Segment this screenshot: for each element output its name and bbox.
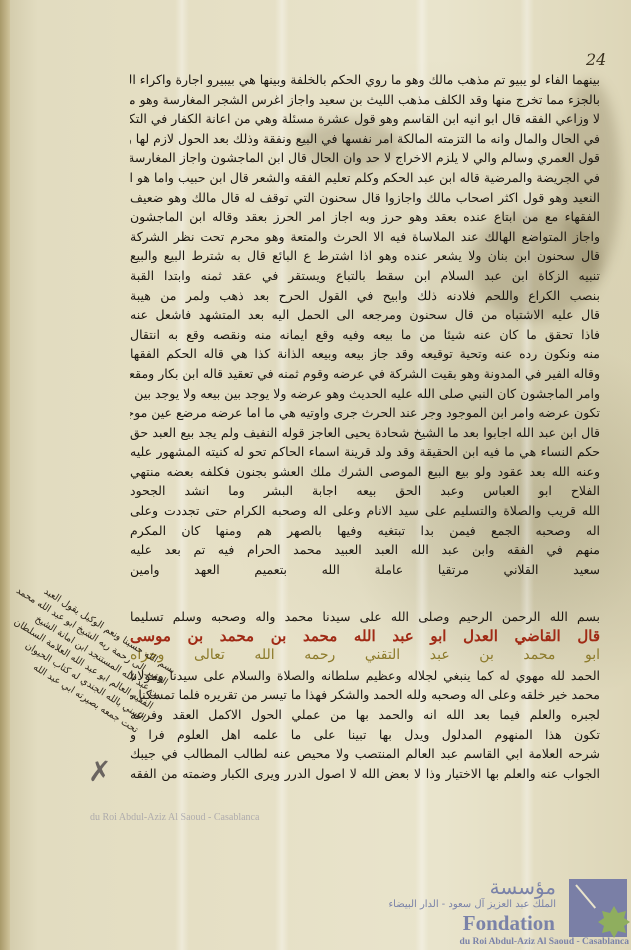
text-line: محمد خير خلقه وعلى اله وصحبه ولله الحمد … bbox=[130, 685, 600, 705]
text-line: قال عليه الاشتباه من قال سحنون ومرجعه ال… bbox=[130, 305, 600, 325]
foundation-logo: مؤسسة الملك عبد العزيز آل سعود - الدار ا… bbox=[455, 875, 631, 950]
basmala-line: بسم الله الرحمن الرحيم وصلى الله على سيد… bbox=[130, 607, 600, 627]
logo-star-icon bbox=[597, 905, 631, 939]
text-line: وقاله الفير في المدونة وهو بقيت الشركة ف… bbox=[130, 364, 600, 384]
text-line: وعنه الله بعد عقود ولو بيع البيع الموصى … bbox=[130, 462, 600, 482]
logo-french-title: Fondation bbox=[463, 911, 555, 936]
faint-watermark: du Roi Abdul-Aziz Al Saoud - Casablanca bbox=[90, 812, 259, 823]
text-line: الفلاح ابو العباس وعبد الحق بيعه اجابة ا… bbox=[130, 481, 600, 501]
text-line: منه ونكون رده عنه وتحية توقيعه وقد جاز ب… bbox=[130, 344, 600, 364]
text-line: فاذا تحقق ما كان عنه شيئا من ما بيعه وفي… bbox=[130, 325, 600, 345]
text-line: شرحه العلامة ابي القاسم عبد العالم المنت… bbox=[130, 744, 600, 764]
text-line: بالجزء مما تخرج منها وقد الكلف مذهب اللي… bbox=[130, 90, 600, 110]
faint-text-line bbox=[130, 579, 600, 599]
text-line: في الحال والمال وانه ما التزمته المالكة … bbox=[130, 129, 600, 149]
text-line: لا وزاعي الفقه قال ابو انيه ابن القاسم و… bbox=[130, 109, 600, 129]
text-line: قول العمري وسالم والي لا يلزم الاخراج لا… bbox=[130, 148, 600, 168]
text-line: حكم النساء هي ما فيه ابن الحقيقة وقد ولد… bbox=[130, 442, 600, 462]
main-text-block: بينهما الفاء لو يبيو تم مذهب مالك وهو ما… bbox=[130, 70, 600, 783]
text-line: قال سحنون ابن بنان ولا يشعر عنده وهو اذا… bbox=[130, 246, 600, 266]
text-line: النعيد وهو قول اكثر اصحاب مالك واجازوا ق… bbox=[130, 188, 600, 208]
text-line: في الجريضة والمرضية قاله ابن عبد الحكم و… bbox=[130, 168, 600, 188]
cross-mark-icon: ✗ bbox=[88, 755, 111, 788]
red-heading: قال القاضي العدل ابو عبد الله محمد بن مح… bbox=[130, 627, 600, 647]
text-line: الفقهاء مع من ابتاع عنده بعقد وهو حرز وب… bbox=[130, 207, 600, 227]
text-line: الله قريب والصلاة والتسليم على سيد الانا… bbox=[130, 501, 600, 521]
text-line: سعيد القلاني مرتقيا عاملة الله بتعميم ال… bbox=[130, 560, 600, 580]
text-line: بنصب الكراع واللحم فلادنه ذلك وابيح في ا… bbox=[130, 286, 600, 306]
text-line: لجبره والعلم فيما بعد الله انه والحمد به… bbox=[130, 705, 600, 725]
logo-french-subtitle: du Roi Abdul-Aziz Al Saoud - Casablanca bbox=[460, 937, 629, 947]
text-line: واجاز المتواضع الهالك عند الملاساة فيه ا… bbox=[130, 227, 600, 247]
text-line: منهم في الفقه وابن عبد الله العبد العبيد… bbox=[130, 540, 600, 560]
page-number: 24 bbox=[586, 50, 606, 69]
text-line: تنبيه الزكاة ابن عبد السلام ابن سقط بالت… bbox=[130, 266, 600, 286]
text-line: بينهما الفاء لو يبيو تم مذهب مالك وهو ما… bbox=[130, 70, 600, 90]
text-line: اله وصحبه الجمع فيمن بدا تبتغيه وفيها با… bbox=[130, 521, 600, 541]
gold-heading: ابو محمد بن عبد التقني رحمه الله تعالى و… bbox=[130, 646, 600, 666]
logo-arabic-subtitle: الملك عبد العزيز آل سعود - الدار البيضاء bbox=[388, 899, 556, 910]
text-line: الحمد لله مهوي له كما ينبغي لجلاله وعظيم… bbox=[130, 666, 600, 686]
text-line: تكون هذا المنهوم المدلول ويدل بها تبينا … bbox=[130, 725, 600, 745]
page-binding-edge bbox=[0, 0, 10, 950]
text-line: وامر الماجشون كان النبي صلى الله عليه ال… bbox=[130, 384, 600, 404]
logo-arabic-title: مؤسسة bbox=[490, 875, 556, 899]
text-line: قال ابن عبد الله اجابوا بعد ما الشيخ شحا… bbox=[130, 423, 600, 443]
text-line: الجواب عنه والعلم بها الاختيار وذا لا بع… bbox=[130, 764, 600, 784]
manuscript-page: 24 بينهما الفاء لو يبيو تم مذهب مالك وهو… bbox=[0, 0, 631, 950]
text-line: تكون عرضه وامر ابن الموجود وجر عند الحرث… bbox=[130, 403, 600, 423]
